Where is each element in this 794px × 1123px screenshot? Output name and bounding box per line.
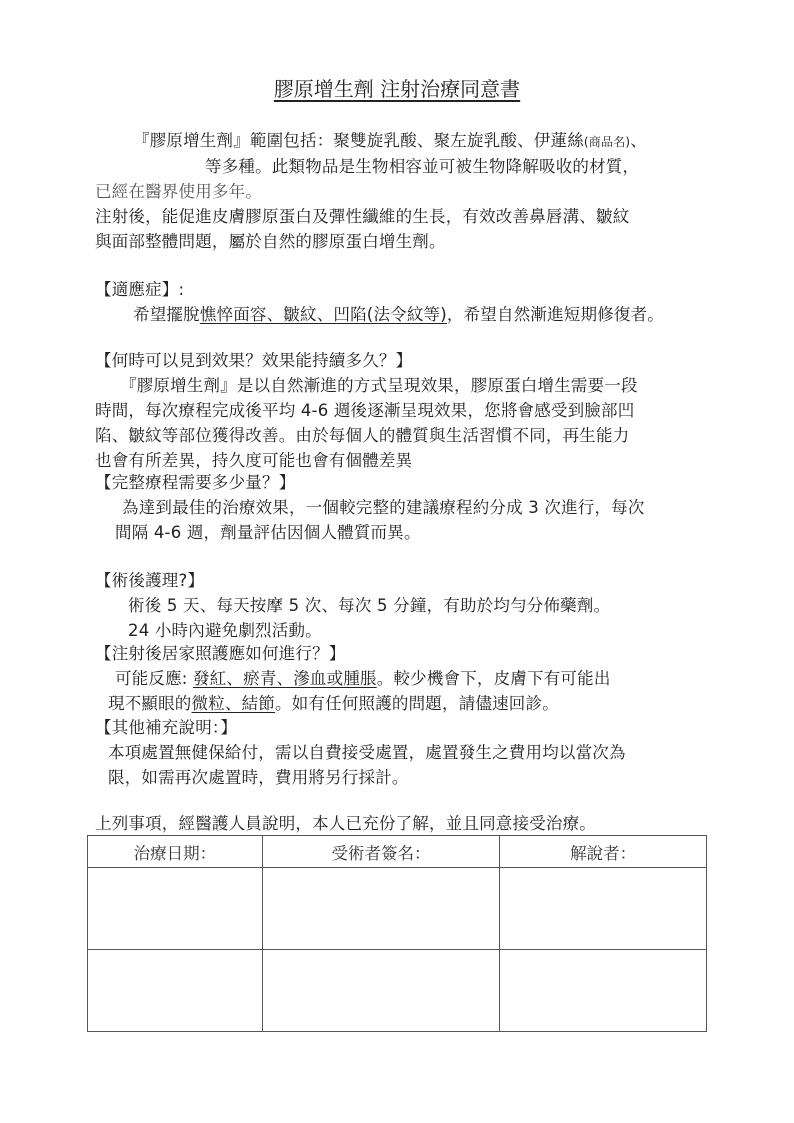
intro-line-5: 與面部整體問題，屬於自然的膠原蛋白增生劑。 <box>95 231 446 253</box>
aftercare-heading: 【術後護理?】 <box>95 570 204 592</box>
intro-line-4: 注射後，能促進皮膚膠原蛋白及彈性纖維的生長，有效改善鼻唇溝、皺紋 <box>95 206 629 228</box>
intro-line-3: 已經在醫界使用多年。 <box>95 181 262 203</box>
other-line: 本項處置無健保給付，需以自費接受處置，處置發生之費用均以當次為 <box>108 742 626 764</box>
effect-line: 『膠原增生劑』是以自然漸進的方式呈現效果，膠原蛋白增生需要一段 <box>120 375 638 397</box>
document-title: 膠原增生劑 注射治療同意書 <box>0 76 794 102</box>
homecare-heading: 【注射後居家照護應如何進行？】 <box>95 643 346 665</box>
header-treatment-date: 治療日期： <box>88 836 263 868</box>
consent-statement: 上列事項，經醫護人員說明，本人已充份了解，並且同意接受治療。 <box>95 813 596 835</box>
dosage-heading: 【完整療程需要多少量？】 <box>95 472 295 494</box>
header-patient-signature: 受術者簽名： <box>262 836 500 868</box>
effect-heading: 【何時可以見到效果？效果能持續多久？】 <box>95 350 412 372</box>
effect-line: 陷、皺紋等部位獲得改善。由於每個人的體質與生活習慣不同，再生能力 <box>95 425 629 447</box>
intro-line-2: 等多種。此類物品是生物相容並可被生物降解吸收的材質， <box>205 156 639 178</box>
indications-heading: 【適應症】: <box>95 279 184 301</box>
effect-line: 時間，每次療程完成後平均 4-6 週後逐漸呈現效果，您將會感受到臉部凹 <box>95 400 634 422</box>
patient-signature-cell[interactable] <box>262 950 500 1032</box>
aftercare-line: 術後 5 天、每天按摩 5 次、每次 5 分鐘，有助於均勻分佈藥劑。 <box>128 595 610 617</box>
signature-table: 治療日期： 受術者簽名： 解說者： <box>87 835 707 1032</box>
homecare-line-1: 可能反應: 發紅、瘀青、滲血或腫脹。較少機會下，皮膚下有可能出 <box>115 668 611 690</box>
treatment-date-cell[interactable] <box>88 950 263 1032</box>
dosage-line: 為達到最佳的治療效果，一個較完整的建議療程約分成 3 次進行，每次 <box>122 497 645 519</box>
table-header-row: 治療日期： 受術者簽名： 解說者： <box>88 836 707 868</box>
explainer-cell[interactable] <box>500 868 707 950</box>
homecare-line-2: 現不顯眼的微粒、結節。如有任何照護的問題，請儘速回診。 <box>108 693 559 715</box>
table-row <box>88 868 707 950</box>
aftercare-line: 24 小時內避免劇烈活動。 <box>128 620 322 642</box>
other-line: 限，如需再次處置時，費用將另行採計。 <box>108 767 409 789</box>
effect-line: 也會有所差異，持久度可能也會有個體差異 <box>95 450 412 472</box>
table-row <box>88 950 707 1032</box>
treatment-date-cell[interactable] <box>88 868 263 950</box>
header-explainer: 解說者： <box>500 836 707 868</box>
dosage-line: 間隔 4-6 週，劑量評估因個人體質而異。 <box>115 522 421 544</box>
intro-line-1: 『膠原增生劑』範圍包括：聚雙旋乳酸、聚左旋乳酸、伊蓮絲(商品名)、 <box>133 130 647 153</box>
explainer-cell[interactable] <box>500 950 707 1032</box>
other-heading: 【其他補充說明：】 <box>95 717 237 739</box>
patient-signature-cell[interactable] <box>262 868 500 950</box>
indications-text: 希望擺脫憔悴面容、皺紋、凹陷(法令紋等)，希望自然漸進短期修復者。 <box>133 304 664 326</box>
